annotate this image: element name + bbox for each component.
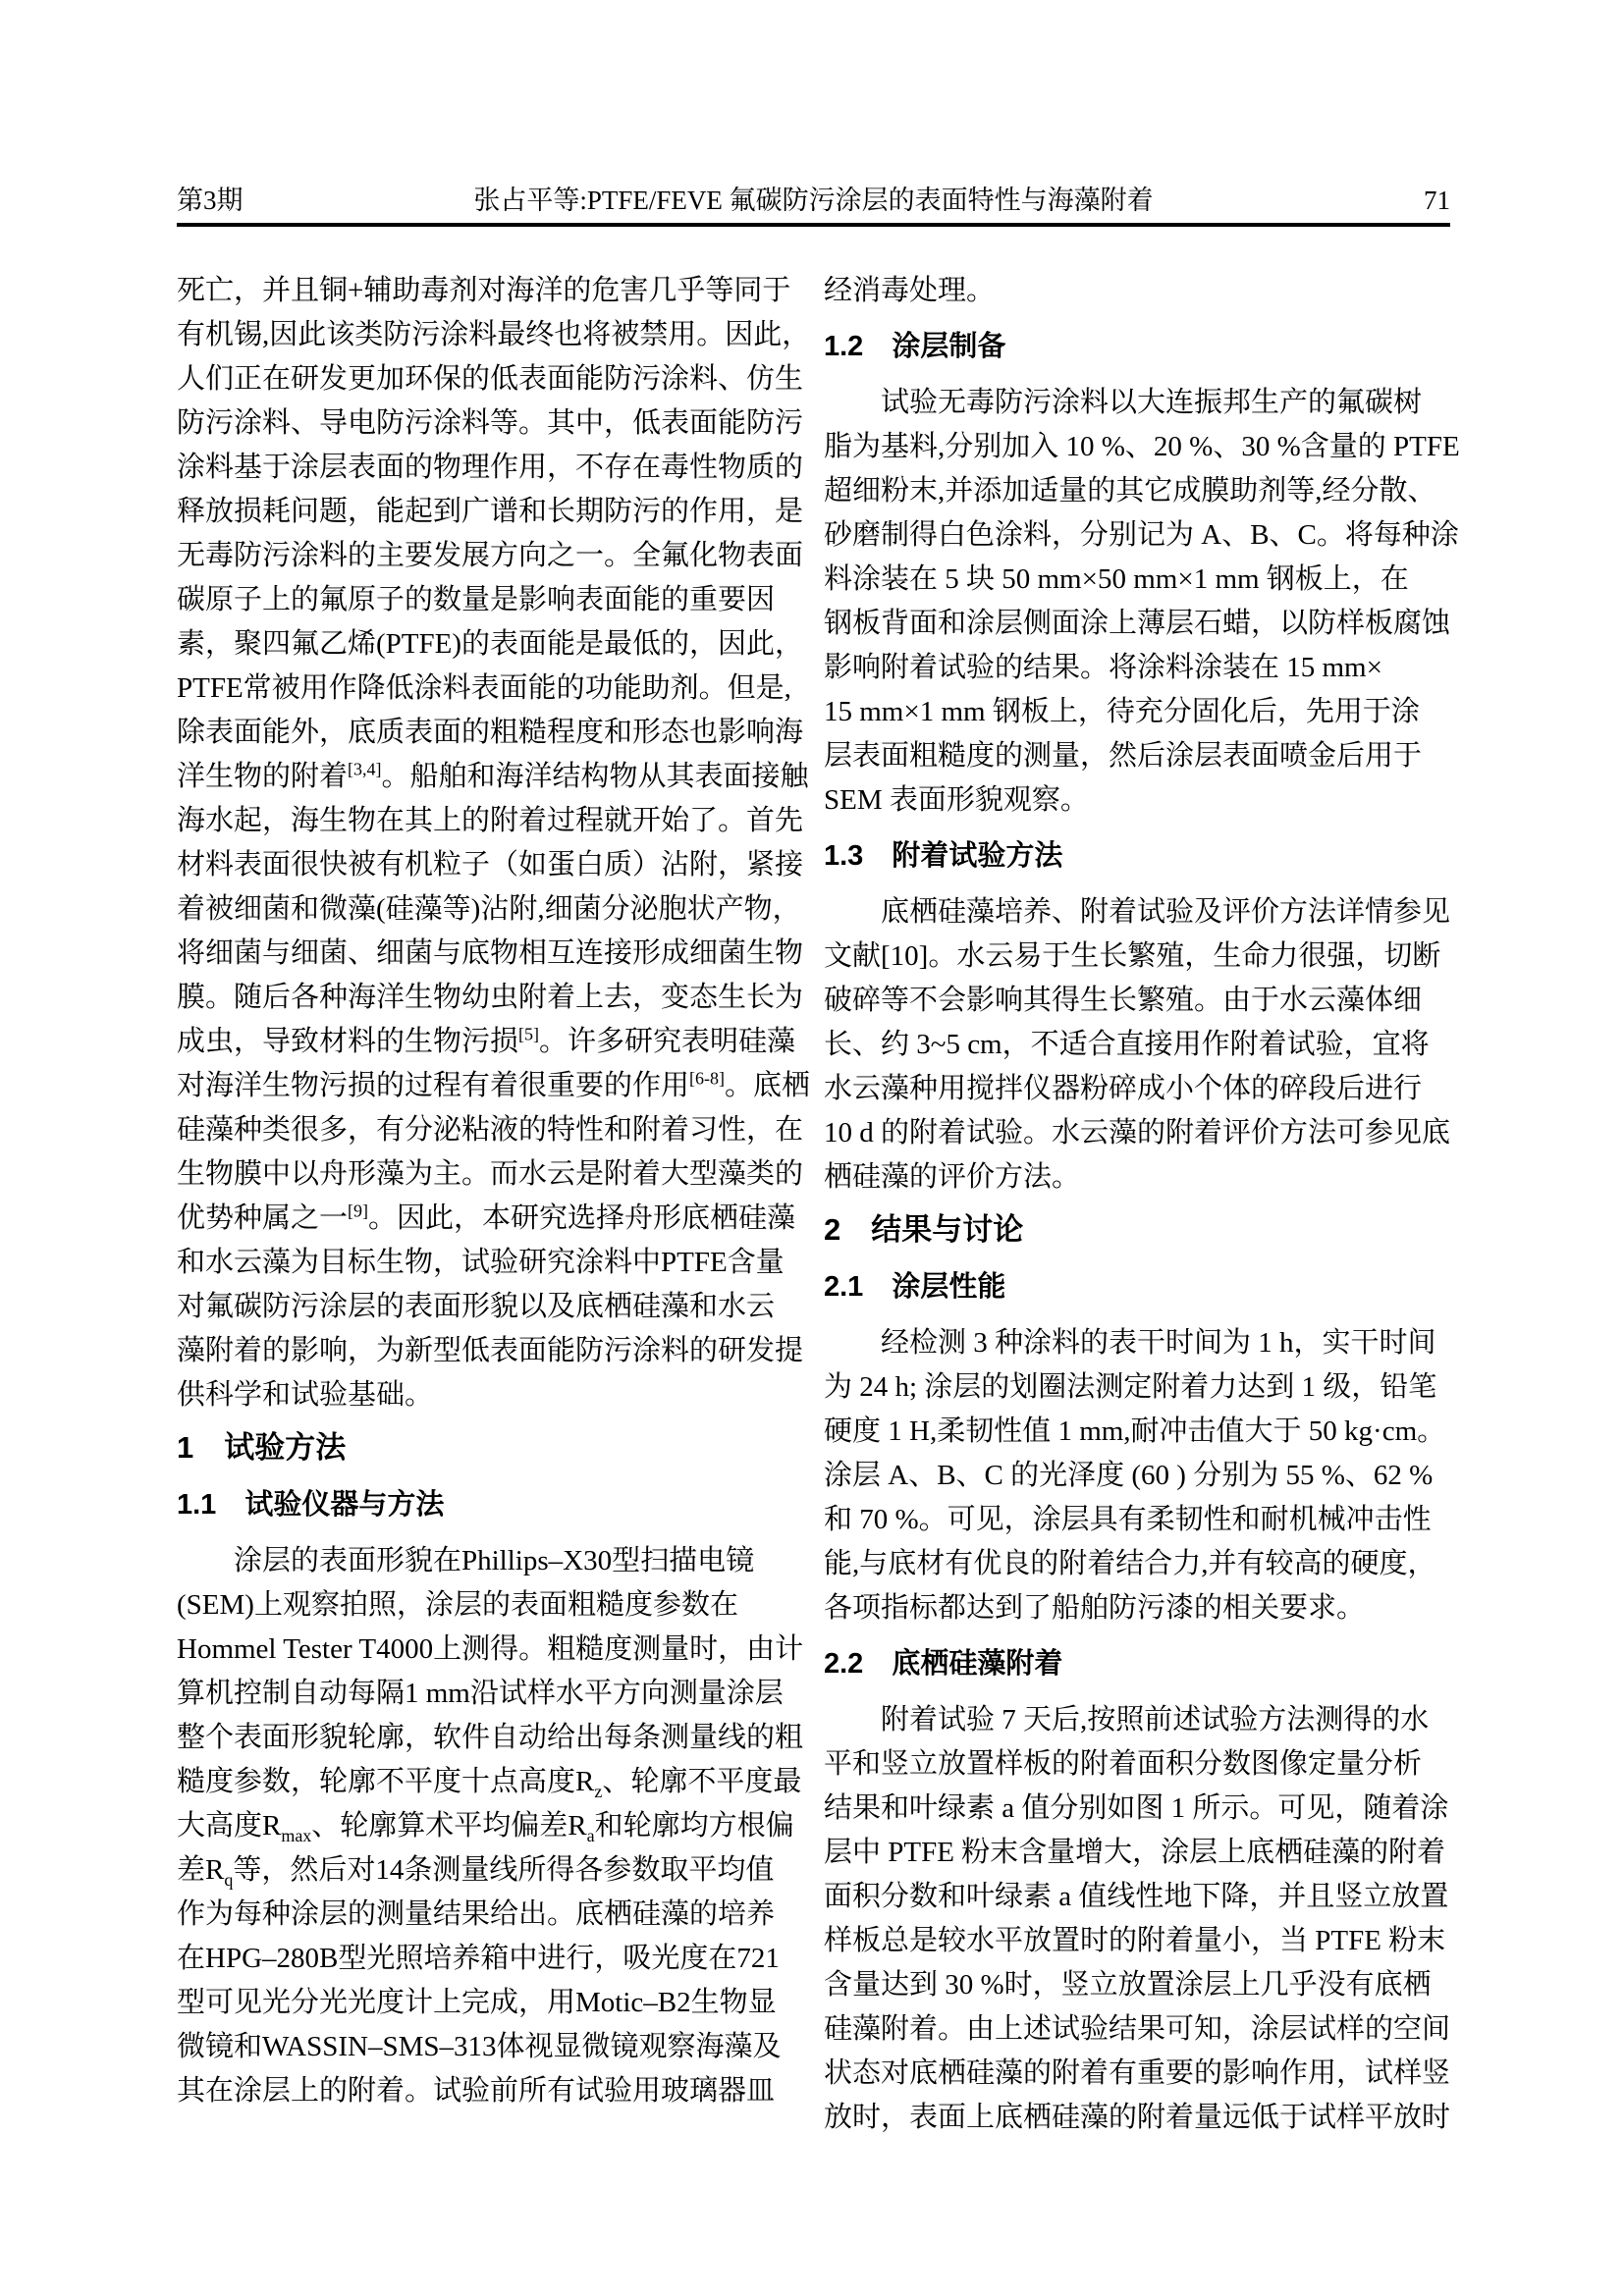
subsection-heading: 1.3 附着试验方法 [824, 834, 1450, 879]
text-line: 含量达到 30 %时，竖立放置涂层上几乎没有底栖 [824, 1963, 1450, 2007]
text-line: (SEM)上观察拍照，涂层的表面粗糙度参数在 [177, 1583, 803, 1628]
text-line: 整个表面形貌轮廓，软件自动给出每条测量线的粗 [177, 1716, 803, 1760]
text-line: 供科学和试验基础。 [177, 1373, 803, 1417]
text-line: 能,与底材有优良的附着结合力,并有较高的硬度， [824, 1542, 1450, 1586]
text-line: 对氟碳防污涂层的表面形貌以及底栖硅藻和水云 [177, 1285, 803, 1329]
text-line: 附着试验 7 天后,按照前述试验方法测得的水 [824, 1698, 1450, 1742]
text-line: 长、约 3~5 cm，不适合直接用作附着试验，宜将 [824, 1023, 1450, 1067]
text-line: 超细粉末,并添加适量的其它成膜助剂等,经分散、 [824, 469, 1450, 513]
section-heading: 1 试验方法 [177, 1425, 803, 1469]
text-line: 15 mm×1 mm 钢板上，待充分固化后，先用于涂 [824, 690, 1450, 734]
subsection-heading: 1.1 试验仪器与方法 [177, 1483, 803, 1527]
heading-text: 1.3 附着试验方法 [824, 834, 1450, 879]
text-line: 样板总是较水平放置时的附着量小，当 PTFE 粉末 [824, 1919, 1450, 1963]
text-line: 破碎等不会影响其得生长繁殖。由于水云藻体细 [824, 979, 1450, 1023]
text-line: 材料表面很快被有机粒子（如蛋白质）沾附，紧接 [177, 843, 803, 887]
text-line: 藻附着的影响，为新型低表面能防污涂料的研发提 [177, 1329, 803, 1373]
section-heading: 2 结果与讨论 [824, 1207, 1450, 1252]
text-line: 优势种属之一[9]。因此，本研究选择舟形底栖硅藻 [177, 1197, 803, 1241]
text-line: 10 d 的附着试验。水云藻的附着评价方法可参见底 [824, 1111, 1450, 1155]
text-line: 将细菌与细菌、细菌与底物相互连接形成细菌生物 [177, 932, 803, 976]
heading-text: 2 结果与讨论 [824, 1207, 1450, 1252]
text-line: 层中 PTFE 粉末含量增大，涂层上底栖硅藻的附着 [824, 1831, 1450, 1875]
text-line: 释放损耗问题，能起到广谱和长期防污的作用，是 [177, 490, 803, 534]
heading-text: 2.2 底栖硅藻附着 [824, 1642, 1450, 1686]
text-line: 水云藻种用搅拌仪器粉碎成小个体的碎段后进行 [824, 1067, 1450, 1111]
text-line: 死亡，并且铜+辅助毒剂对海洋的危害几乎等同于 [177, 269, 803, 313]
text-line: 除表面能外，底质表面的粗糙程度和形态也影响海 [177, 711, 803, 755]
text-line: 硅藻种类很多，有分泌粘液的特性和附着习性，在 [177, 1108, 803, 1152]
text-line: 涂层 A、B、C 的光泽度 (60 ) 分别为 55 %、62 % [824, 1454, 1450, 1498]
text-line: 钢板背面和涂层侧面涂上薄层石蜡，以防样板腐蚀 [824, 602, 1450, 646]
journal-issue: 第3期 [177, 185, 393, 216]
paper-page: 第3期 张占平等:PTFE/FEVE 氟碳防污涂层的表面特性与海藻附着 71 死… [0, 0, 1624, 2296]
text-line: 其在涂层上的附着。试验前所有试验用玻璃器皿 [177, 2069, 803, 2113]
text-line: 差Rq等，然后对14条测量线所得各参数取平均值 [177, 1848, 803, 1893]
subsection-heading: 1.2 涂层制备 [824, 325, 1450, 369]
text-line: 大高度Rmax、轮廓算术平均偏差Ra和轮廓均方根偏 [177, 1804, 803, 1848]
text-line: 人们正在研发更加环保的低表面能防污涂料、仿生 [177, 357, 803, 401]
left-column: 死亡，并且铜+辅助毒剂对海洋的危害几乎等同于有机锡,因此该类防污涂料最终也将被禁… [177, 269, 803, 2140]
text-line: 底栖硅藻培养、附着试验及评价方法详情参见 [824, 890, 1450, 934]
text-line: 料涂装在 5 块 50 mm×50 mm×1 mm 钢板上，在 [824, 558, 1450, 602]
text-line: 栖硅藻的评价方法。 [824, 1155, 1450, 1200]
text-line: 对海洋生物污损的过程有着很重要的作用[6-8]。底栖 [177, 1064, 803, 1108]
text-line: 和 70 %。可见，涂层具有柔韧性和耐机械冲击性 [824, 1498, 1450, 1542]
text-line: 试验无毒防污涂料以大连振邦生产的氟碳树 [824, 381, 1450, 425]
heading-text: 1 试验方法 [177, 1425, 803, 1469]
heading-text: 1.1 试验仪器与方法 [177, 1483, 803, 1527]
text-line: 层表面粗糙度的测量，然后涂层表面喷金后用于 [824, 734, 1450, 778]
text-line: 结果和叶绿素 a 值分别如图 1 所示。可见，随着涂 [824, 1787, 1450, 1831]
text-line: 算机控制自动每隔1 mm沿试样水平方向测量涂层 [177, 1672, 803, 1716]
text-line: 文献[10]。水云易于生长繁殖，生命力很强，切断 [824, 934, 1450, 979]
text-line: 碳原子上的氟原子的数量是影响表面能的重要因 [177, 578, 803, 622]
text-line: 面积分数和叶绿素 a 值线性地下降，并且竖立放置 [824, 1875, 1450, 1919]
text-line: 海水起，海生物在其上的附着过程就开始了。首先 [177, 799, 803, 843]
text-line: 经检测 3 种涂料的表干时间为 1 h，实干时间 [824, 1321, 1450, 1365]
right-column: 经消毒处理。1.2 涂层制备试验无毒防污涂料以大连振邦生产的氟碳树脂为基料,分别… [824, 269, 1450, 2140]
text-line: 涂料基于涂层表面的物理作用，不存在毒性物质的 [177, 446, 803, 490]
paragraph: 附着试验 7 天后,按照前述试验方法测得的水平和竖立放置样板的附着面积分数图像定… [824, 1698, 1450, 2140]
text-line: 素，聚四氟乙烯(PTFE)的表面能是最低的，因此， [177, 622, 803, 667]
text-line: 砂磨制得白色涂料，分别记为 A、B、C。将每种涂 [824, 513, 1450, 558]
text-line: 涂层的表面形貌在Phillips–X30型扫描电镜 [177, 1539, 803, 1583]
text-line: SEM 表面形貌观察。 [824, 778, 1450, 823]
text-line: 影响附着试验的结果。将涂料涂装在 15 mm× [824, 646, 1450, 690]
text-line: 作为每种涂层的测量结果给出。底栖硅藻的培养 [177, 1893, 803, 1937]
text-line: 糙度参数，轮廓不平度十点高度Rz、轮廓不平度最 [177, 1760, 803, 1804]
text-line: 洋生物的附着[3,4]。船舶和海洋结构物从其表面接触 [177, 755, 803, 799]
text-line: 平和竖立放置样板的附着面积分数图像定量分析 [824, 1742, 1450, 1787]
text-line: 无毒防污涂料的主要发展方向之一。全氟化物表面 [177, 534, 803, 578]
subsection-heading: 2.2 底栖硅藻附着 [824, 1642, 1450, 1686]
page-header: 第3期 张占平等:PTFE/FEVE 氟碳防污涂层的表面特性与海藻附着 71 [177, 185, 1450, 216]
text-line: Hommel Tester T4000上测得。粗糙度测量时，由计 [177, 1628, 803, 1672]
text-line: 状态对底栖硅藻的附着有重要的影响作用，试样竖 [824, 2052, 1450, 2096]
paragraph: 涂层的表面形貌在Phillips–X30型扫描电镜(SEM)上观察拍照，涂层的表… [177, 1539, 803, 2113]
text-line: 硬度 1 H,柔韧性值 1 mm,耐冲击值大于 50 kg·cm。 [824, 1410, 1450, 1454]
subsection-heading: 2.1 涂层性能 [824, 1265, 1450, 1309]
text-line: 放时，表面上底栖硅藻的附着量远低于试样平放时 [824, 2096, 1450, 2140]
text-line: 经消毒处理。 [824, 269, 1450, 313]
paragraph: 底栖硅藻培养、附着试验及评价方法详情参见文献[10]。水云易于生长繁殖，生命力很… [824, 890, 1450, 1200]
text-line: 有机锡,因此该类防污涂料最终也将被禁用。因此， [177, 313, 803, 357]
page-number: 71 [1234, 185, 1450, 216]
text-line: 着被细菌和微藻(硅藻等)沾附,细菌分泌胞状产物， [177, 887, 803, 932]
paragraph: 经检测 3 种涂料的表干时间为 1 h，实干时间为 24 h; 涂层的划圈法测定… [824, 1321, 1450, 1630]
text-line: 在HPG–280B型光照培养箱中进行，吸光度在721 [177, 1937, 803, 1981]
paragraph: 试验无毒防污涂料以大连振邦生产的氟碳树脂为基料,分别加入 10 %、20 %、3… [824, 381, 1450, 823]
text-line: 为 24 h; 涂层的划圈法测定附着力达到 1 级，铅笔 [824, 1365, 1450, 1410]
paragraph: 经消毒处理。 [824, 269, 1450, 313]
running-title: 张占平等:PTFE/FEVE 氟碳防污涂层的表面特性与海藻附着 [393, 185, 1234, 216]
text-line: 生物膜中以舟形藻为主。而水云是附着大型藻类的 [177, 1152, 803, 1197]
heading-text: 2.1 涂层性能 [824, 1265, 1450, 1309]
text-line: 膜。随后各种海洋生物幼虫附着上去，变态生长为 [177, 976, 803, 1020]
text-line: 各项指标都达到了船舶防污漆的相关要求。 [824, 1586, 1450, 1630]
header-rule [177, 223, 1450, 227]
text-line: 型可见光分光光度计上完成，用Motic–B2生物显 [177, 1981, 803, 2025]
text-line: 硅藻附着。由上述试验结果可知，涂层试样的空间 [824, 2007, 1450, 2052]
text-line: PTFE常被用作降低涂料表面能的功能助剂。但是, [177, 667, 803, 711]
text-line: 成虫，导致材料的生物污损[5]。许多研究表明硅藻 [177, 1020, 803, 1064]
text-line: 微镜和WASSIN–SMS–313体视显微镜观察海藻及 [177, 2025, 803, 2069]
body-columns: 死亡，并且铜+辅助毒剂对海洋的危害几乎等同于有机锡,因此该类防污涂料最终也将被禁… [177, 269, 1450, 2140]
paragraph: 死亡，并且铜+辅助毒剂对海洋的危害几乎等同于有机锡,因此该类防污涂料最终也将被禁… [177, 269, 803, 1417]
text-line: 防污涂料、导电防污涂料等。其中，低表面能防污 [177, 401, 803, 446]
text-line: 脂为基料,分别加入 10 %、20 %、30 %含量的 PTFE [824, 425, 1450, 469]
text-line: 和水云藻为目标生物，试验研究涂料中PTFE含量 [177, 1241, 803, 1285]
heading-text: 1.2 涂层制备 [824, 325, 1450, 369]
